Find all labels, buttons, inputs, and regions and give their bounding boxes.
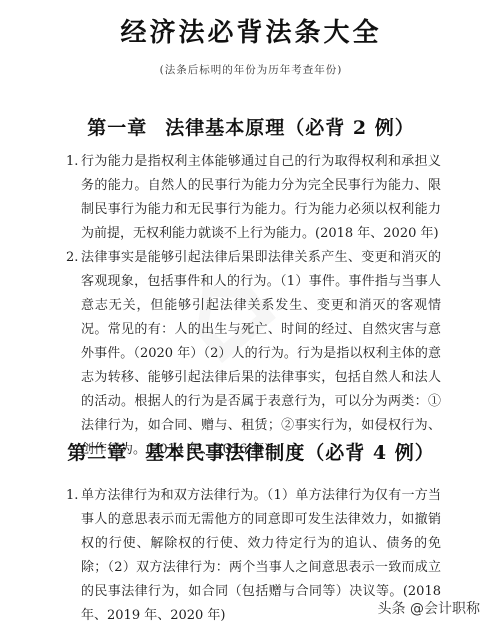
chapter-1-title: 法律基本原理（必背 2 例）: [165, 117, 414, 139]
item-text: 行为能力是指权利主体能够通过自己的行为取得权利和承担义务的能力。自然人的民事行为…: [81, 150, 441, 246]
chapter-2-heading: 第二章基本民事法律制度（必背 4 例）: [0, 438, 502, 465]
chapter-1-item-2: 2. 法律事实是能够引起法律后果即法律关系产生、变更和消灭的客观现象，包括事件和…: [66, 246, 441, 462]
chapter-2-prefix: 第二章: [67, 442, 127, 464]
source-attribution: 头条 @会计职称: [378, 598, 480, 618]
chapter-2-title: 基本民事法律制度（必背 4 例）: [145, 442, 434, 464]
page-subtitle: (法条后标明的年份为历年考查年份): [0, 62, 502, 77]
page-title: 经济法必背法条大全: [0, 12, 502, 49]
chapter-1-item-1: 1. 行为能力是指权利主体能够通过自己的行为取得权利和承担义务的能力。自然人的民…: [66, 150, 441, 246]
item-number: 1.: [66, 484, 81, 508]
chapter-1-prefix: 第一章: [87, 117, 147, 139]
item-number: 1.: [66, 150, 81, 174]
chapter-1-heading: 第一章法律基本原理（必背 2 例）: [0, 113, 502, 140]
item-text: 法律事实是能够引起法律后果即法律关系产生、变更和消灭的客观现象，包括事件和人的行…: [81, 246, 441, 462]
item-number: 2.: [66, 246, 81, 270]
